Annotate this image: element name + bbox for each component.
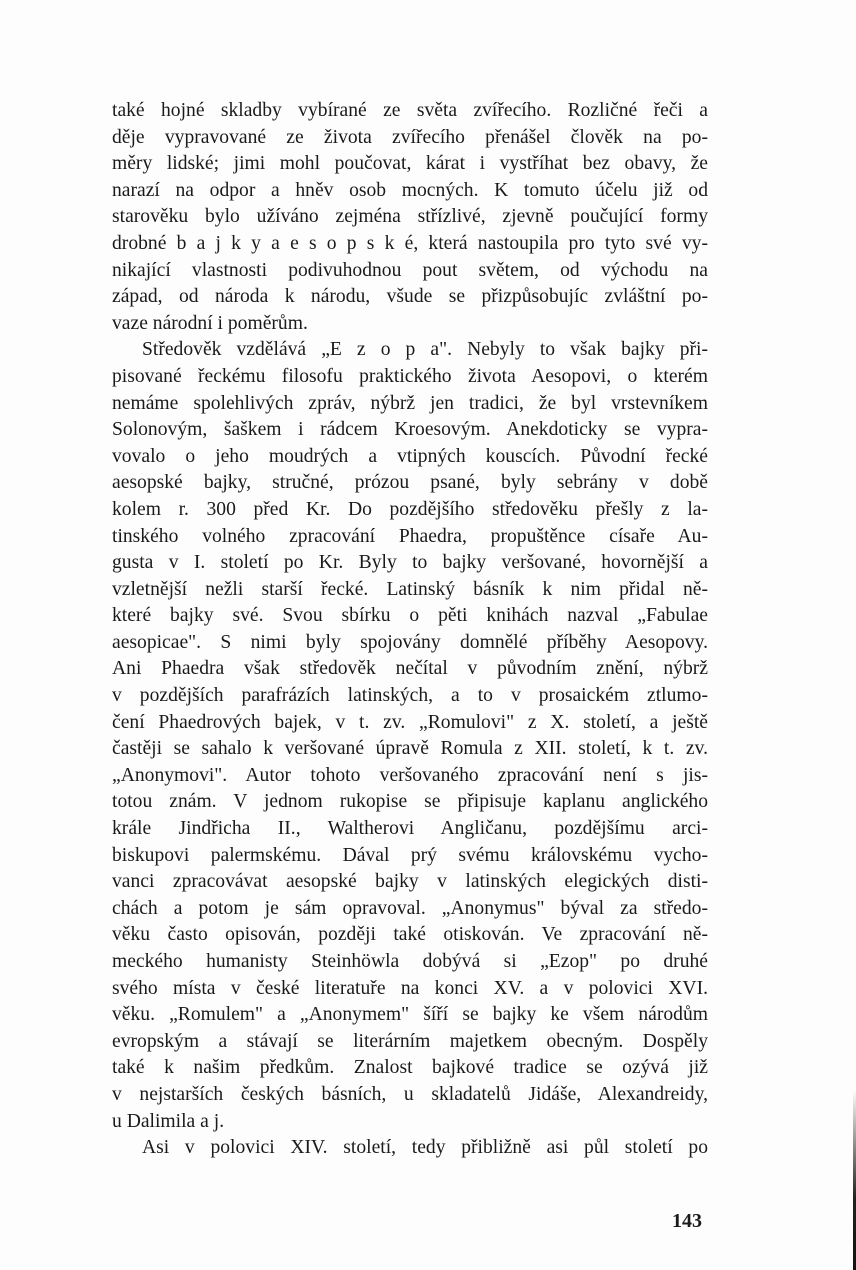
page-number: 143 [672,1210,702,1233]
book-page: také hojné skladby vybírané ze světa zví… [0,0,856,1270]
text-line: také k našim předkům. Znalost bajkové tr… [112,1055,708,1082]
text-line: děje vypravované ze života zvířecího pře… [112,125,708,152]
text-line: vanci zpracovávat aesopské bajky v latin… [112,869,708,896]
text-line: biskupovi palermskému. Dával prý svému k… [112,843,708,870]
text-line: svého místa v české literatuře na konci … [112,976,708,1003]
text-line: čení Phaedrových bajek, v t. zv. „Romulo… [112,710,708,737]
text-line: Ani Phaedra však středověk nečítal v pův… [112,656,708,683]
text-line: narazí na odpor a hněv osob mocných. K t… [112,178,708,205]
paragraph-start: Asi v polovici XIV. století, tedy přibli… [112,1135,708,1162]
text-line: také hojné skladby vybírané ze světa zví… [112,98,708,125]
text-line: vovalo o jeho moudrých a vtipných kouscí… [112,444,708,471]
text-line: vaze národní i poměrům. [112,311,708,338]
text-line: krále Jindřicha II., Waltherovi Angličan… [112,816,708,843]
text-line: v pozdějších parafrázích latinských, a t… [112,683,708,710]
text-line: pisované řeckému filosofu praktického ži… [112,364,708,391]
paragraph-start: Středověk vzdělává „E z o p a". Nebyly t… [112,337,708,364]
text-line: totou znám. V jednom rukopise se připisu… [112,789,708,816]
text-line: kolem r. 300 před Kr. Do pozdějšího stře… [112,497,708,524]
text-line: „Anonymovi". Autor tohoto veršovaného zp… [112,763,708,790]
text-line: častěji se sahalo k veršované úpravě Rom… [112,736,708,763]
text-line: drobné b a j k y a e s o p s k é, která … [112,231,708,258]
text-line: nemáme spolehlivých zpráv, nýbrž jen tra… [112,391,708,418]
text-line: tinského volného zpracování Phaedra, pro… [112,524,708,551]
text-line: věku. „Romulem" a „Anonymem" šíří se baj… [112,1002,708,1029]
text-line: meckého humanisty Steinhöwla dobývá si „… [112,949,708,976]
text-line: gusta v I. století po Kr. Byly to bajky … [112,550,708,577]
text-line: nikající vlastnosti podivuhodnou pout sv… [112,258,708,285]
text-line: evropským a stávají se literárním majetk… [112,1029,708,1056]
text-line: vzletnější nežli starší řecké. Latinský … [112,577,708,604]
text-line: v nejstarších českých básních, u skladat… [112,1082,708,1109]
text-line: měry lidské; jimi mohl poučovat, kárat i… [112,151,708,178]
text-line: aesopicae". S nimi byly spojovány domněl… [112,630,708,657]
text-line: západ, od národa k národu, všude se přiz… [112,284,708,311]
text-line: starověku bylo užíváno zejména střízlivé… [112,204,708,231]
body-text: také hojné skladby vybírané ze světa zví… [112,98,708,1162]
text-line: u Dalimila a j. [112,1109,708,1136]
text-line: věku často opisován, později také otisko… [112,922,708,949]
text-line: aesopské bajky, stručné, prózou psané, b… [112,470,708,497]
text-line: Solonovým, šaškem i rádcem Kroesovým. An… [112,417,708,444]
text-line: chách a potom je sám opravoval. „Anonymu… [112,896,708,923]
text-line: které bajky své. Svou sbírku o pěti knih… [112,603,708,630]
